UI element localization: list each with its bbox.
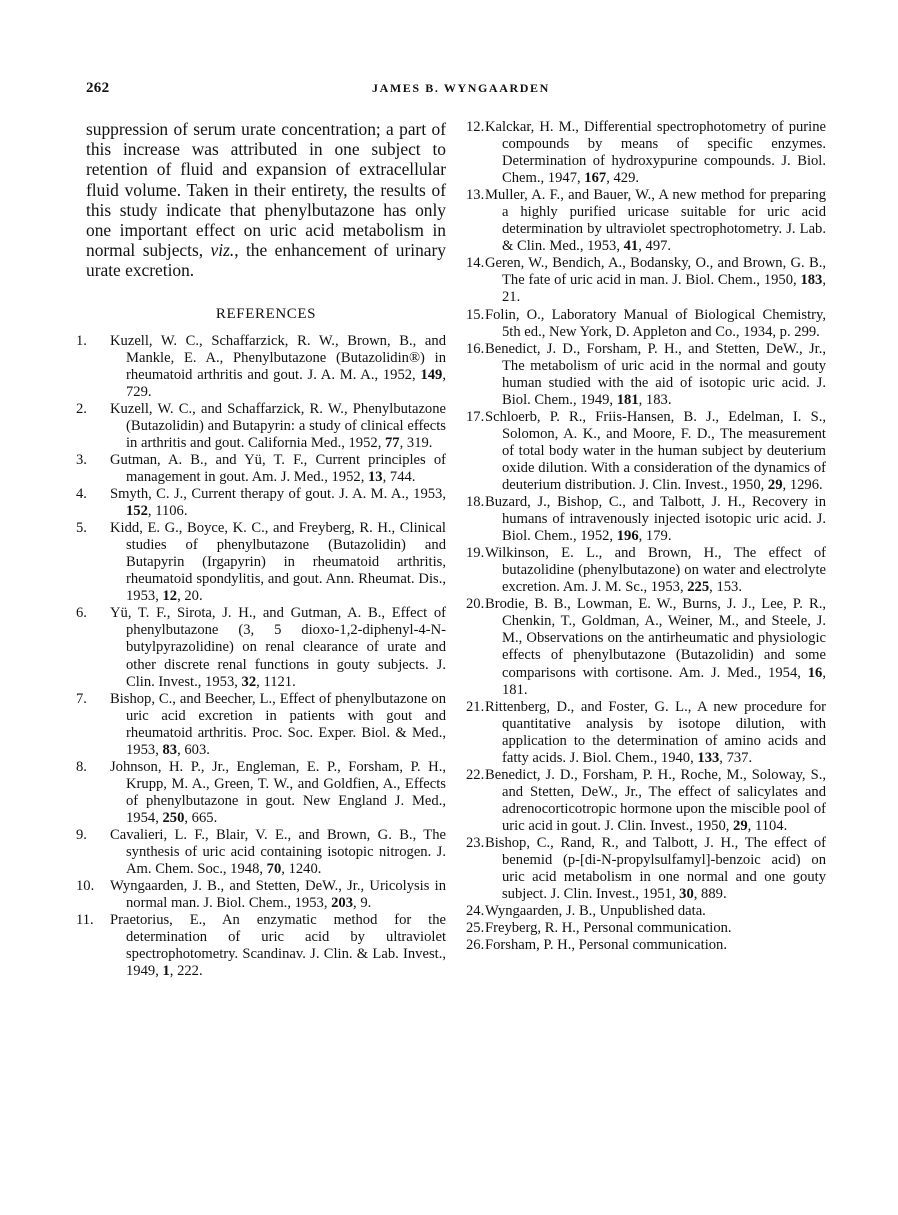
reference-text: Bishop, C., and Beecher, L., Effect of p… — [110, 691, 446, 758]
reference-number: 13. — [466, 187, 490, 204]
reference-number: 25. — [466, 920, 490, 937]
reference-item: 15.Folin, O., Laboratory Manual of Biolo… — [462, 307, 826, 341]
reference-volume: 196 — [617, 528, 639, 544]
reference-pages: , 9. — [353, 895, 371, 911]
reference-volume: 12 — [162, 588, 177, 604]
reference-number: 20. — [466, 596, 490, 613]
references-heading: REFERENCES — [86, 305, 446, 323]
reference-item: 20.Brodie, B. B., Lowman, E. W., Burns, … — [462, 596, 826, 698]
reference-text: Kidd, E. G., Boyce, K. C., and Freyberg,… — [110, 520, 446, 604]
reference-item: 17.Schloerb, P. R., Friis-Hansen, B. J.,… — [462, 409, 826, 494]
reference-text: Rittenberg, D., and Foster, G. L., A new… — [485, 699, 826, 766]
reference-volume: 152 — [126, 503, 148, 519]
reference-pages: , 889. — [694, 886, 727, 902]
reference-volume: 149 — [420, 367, 442, 383]
reference-item: 18.Buzard, J., Bishop, C., and Talbott, … — [462, 494, 826, 545]
reference-text: Kuzell, W. C., Schaffarzick, R. W., Brow… — [110, 333, 446, 383]
reference-pages: , 179. — [639, 528, 672, 544]
reference-pages: , 1296. — [783, 477, 823, 493]
reference-number: 19. — [466, 545, 490, 562]
reference-number: 8. — [76, 759, 109, 776]
reference-pages: , 744. — [383, 469, 416, 485]
reference-item: 9.Cavalieri, L. F., Blair, V. E., and Br… — [86, 827, 446, 878]
reference-number: 7. — [76, 691, 109, 708]
paragraph-text: suppression of serum urate concentration… — [86, 119, 446, 260]
reference-item: 13.Muller, A. F., and Bauer, W., A new m… — [462, 187, 826, 255]
reference-number: 15. — [466, 307, 490, 324]
reference-number: 10. — [76, 878, 109, 895]
reference-volume: 183 — [800, 272, 822, 288]
reference-item: 21.Rittenberg, D., and Foster, G. L., A … — [462, 699, 826, 767]
reference-volume: 83 — [162, 742, 177, 758]
reference-pages: , 1240. — [281, 861, 321, 877]
page-number: 262 — [86, 80, 109, 97]
reference-item: 22.Benedict, J. D., Forsham, P. H., Roch… — [462, 767, 826, 835]
reference-volume: 41 — [624, 238, 639, 254]
reference-item: 26.Forsham, P. H., Personal communicatio… — [462, 937, 826, 954]
reference-pages: , 153. — [709, 579, 742, 595]
reference-text: Wyngaarden, J. B., Unpublished data. — [485, 903, 706, 919]
reference-text: Praetorius, E., An enzymatic method for … — [110, 912, 446, 979]
reference-volume: 250 — [162, 810, 184, 826]
reference-volume: 225 — [687, 579, 709, 595]
reference-pages: , 319. — [400, 435, 433, 451]
reference-item: 6.Yü, T. F., Sirota, J. H., and Gutman, … — [86, 605, 446, 690]
reference-volume: 30 — [679, 886, 694, 902]
reference-item: 19.Wilkinson, E. L., and Brown, H., The … — [462, 545, 826, 596]
reference-volume: 181 — [617, 392, 639, 408]
reference-item: 3.Gutman, A. B., and Yü, T. F., Current … — [86, 452, 446, 486]
reference-text: Geren, W., Bendich, A., Bodansky, O., an… — [485, 255, 826, 288]
reference-number: 16. — [466, 341, 490, 358]
reference-item: 14.Geren, W., Bendich, A., Bodansky, O.,… — [462, 255, 826, 306]
reference-volume: 13 — [368, 469, 383, 485]
reference-pages: , 183. — [639, 392, 672, 408]
reference-text: Folin, O., Laboratory Manual of Biologic… — [485, 307, 826, 340]
reference-volume: 77 — [385, 435, 400, 451]
reference-volume: 203 — [331, 895, 353, 911]
reference-number: 3. — [76, 452, 109, 469]
reference-item: 11.Praetorius, E., An enzymatic method f… — [86, 912, 446, 980]
reference-text: Brodie, B. B., Lowman, E. W., Burns, J. … — [485, 596, 826, 680]
reference-number: 2. — [76, 401, 109, 418]
running-head: JAMES B. WYNGAARDEN — [372, 81, 550, 96]
reference-number: 21. — [466, 699, 490, 716]
reference-number: 12. — [466, 119, 490, 136]
reference-item: 10.Wyngaarden, J. B., and Stetten, DeW.,… — [86, 878, 446, 912]
reference-volume: 133 — [697, 750, 719, 766]
reference-volume: 32 — [242, 674, 257, 690]
reference-text: Forsham, P. H., Personal communication. — [485, 937, 727, 953]
reference-pages: , 222. — [170, 963, 203, 979]
reference-text: Bishop, C., Rand, R., and Talbott, J. H.… — [485, 835, 826, 902]
reference-number: 9. — [76, 827, 109, 844]
reference-number: 22. — [466, 767, 490, 784]
reference-item: 5.Kidd, E. G., Boyce, K. C., and Freyber… — [86, 520, 446, 605]
reference-item: 7.Bishop, C., and Beecher, L., Effect of… — [86, 691, 446, 759]
reference-number: 4. — [76, 486, 109, 503]
reference-item: 25.Freyberg, R. H., Personal communicati… — [462, 920, 826, 937]
reference-pages: , 737. — [719, 750, 752, 766]
reference-text: Wilkinson, E. L., and Brown, H., The eff… — [485, 545, 826, 595]
reference-number: 26. — [466, 937, 490, 954]
reference-number: 6. — [76, 605, 109, 622]
reference-volume: 29 — [733, 818, 748, 834]
paragraph-italic: viz. — [211, 240, 235, 260]
reference-list-left: 1.Kuzell, W. C., Schaffarzick, R. W., Br… — [86, 333, 446, 981]
reference-item: 12.Kalckar, H. M., Differential spectrop… — [462, 119, 826, 187]
reference-pages: , 429. — [606, 170, 639, 186]
reference-number: 17. — [466, 409, 490, 426]
reference-volume: 16 — [808, 665, 823, 681]
reference-text: Kalckar, H. M., Differential spectrophot… — [485, 119, 826, 186]
reference-pages: , 1104. — [748, 818, 788, 834]
reference-number: 5. — [76, 520, 109, 537]
reference-number: 24. — [466, 903, 490, 920]
reference-volume: 1 — [162, 963, 169, 979]
reference-item: 4.Smyth, C. J., Current therapy of gout.… — [86, 486, 446, 520]
concluding-paragraph: suppression of serum urate concentration… — [86, 119, 446, 281]
reference-item: 2.Kuzell, W. C., and Schaffarzick, R. W.… — [86, 401, 446, 452]
reference-item: 23.Bishop, C., Rand, R., and Talbott, J.… — [462, 835, 826, 903]
reference-number: 1. — [76, 333, 109, 350]
reference-number: 11. — [76, 912, 109, 929]
reference-pages: , 603. — [177, 742, 210, 758]
reference-pages: , 665. — [184, 810, 217, 826]
reference-volume: 167 — [584, 170, 606, 186]
reference-text: Johnson, H. P., Jr., Engleman, E. P., Fo… — [110, 759, 446, 826]
reference-item: 1.Kuzell, W. C., Schaffarzick, R. W., Br… — [86, 333, 446, 401]
reference-number: 23. — [466, 835, 490, 852]
reference-text: Wyngaarden, J. B., and Stetten, DeW., Jr… — [110, 878, 446, 911]
reference-pages: , 497. — [638, 238, 671, 254]
reference-number: 14. — [466, 255, 490, 272]
reference-pages: , 20. — [177, 588, 203, 604]
reference-volume: 70 — [267, 861, 282, 877]
reference-list-right: 12.Kalckar, H. M., Differential spectrop… — [462, 119, 826, 954]
reference-pages: , 1121. — [256, 674, 296, 690]
left-column: suppression of serum urate concentration… — [86, 119, 446, 980]
reference-text: Freyberg, R. H., Personal communication. — [485, 920, 732, 936]
reference-item: 24.Wyngaarden, J. B., Unpublished data. — [462, 903, 826, 920]
reference-volume: 29 — [768, 477, 783, 493]
reference-pages: , 1106. — [148, 503, 188, 519]
right-column: 12.Kalckar, H. M., Differential spectrop… — [462, 119, 826, 954]
reference-text: Smyth, C. J., Current therapy of gout. J… — [110, 486, 446, 502]
reference-item: 16.Benedict, J. D., Forsham, P. H., and … — [462, 341, 826, 409]
reference-number: 18. — [466, 494, 490, 511]
reference-item: 8.Johnson, H. P., Jr., Engleman, E. P., … — [86, 759, 446, 827]
